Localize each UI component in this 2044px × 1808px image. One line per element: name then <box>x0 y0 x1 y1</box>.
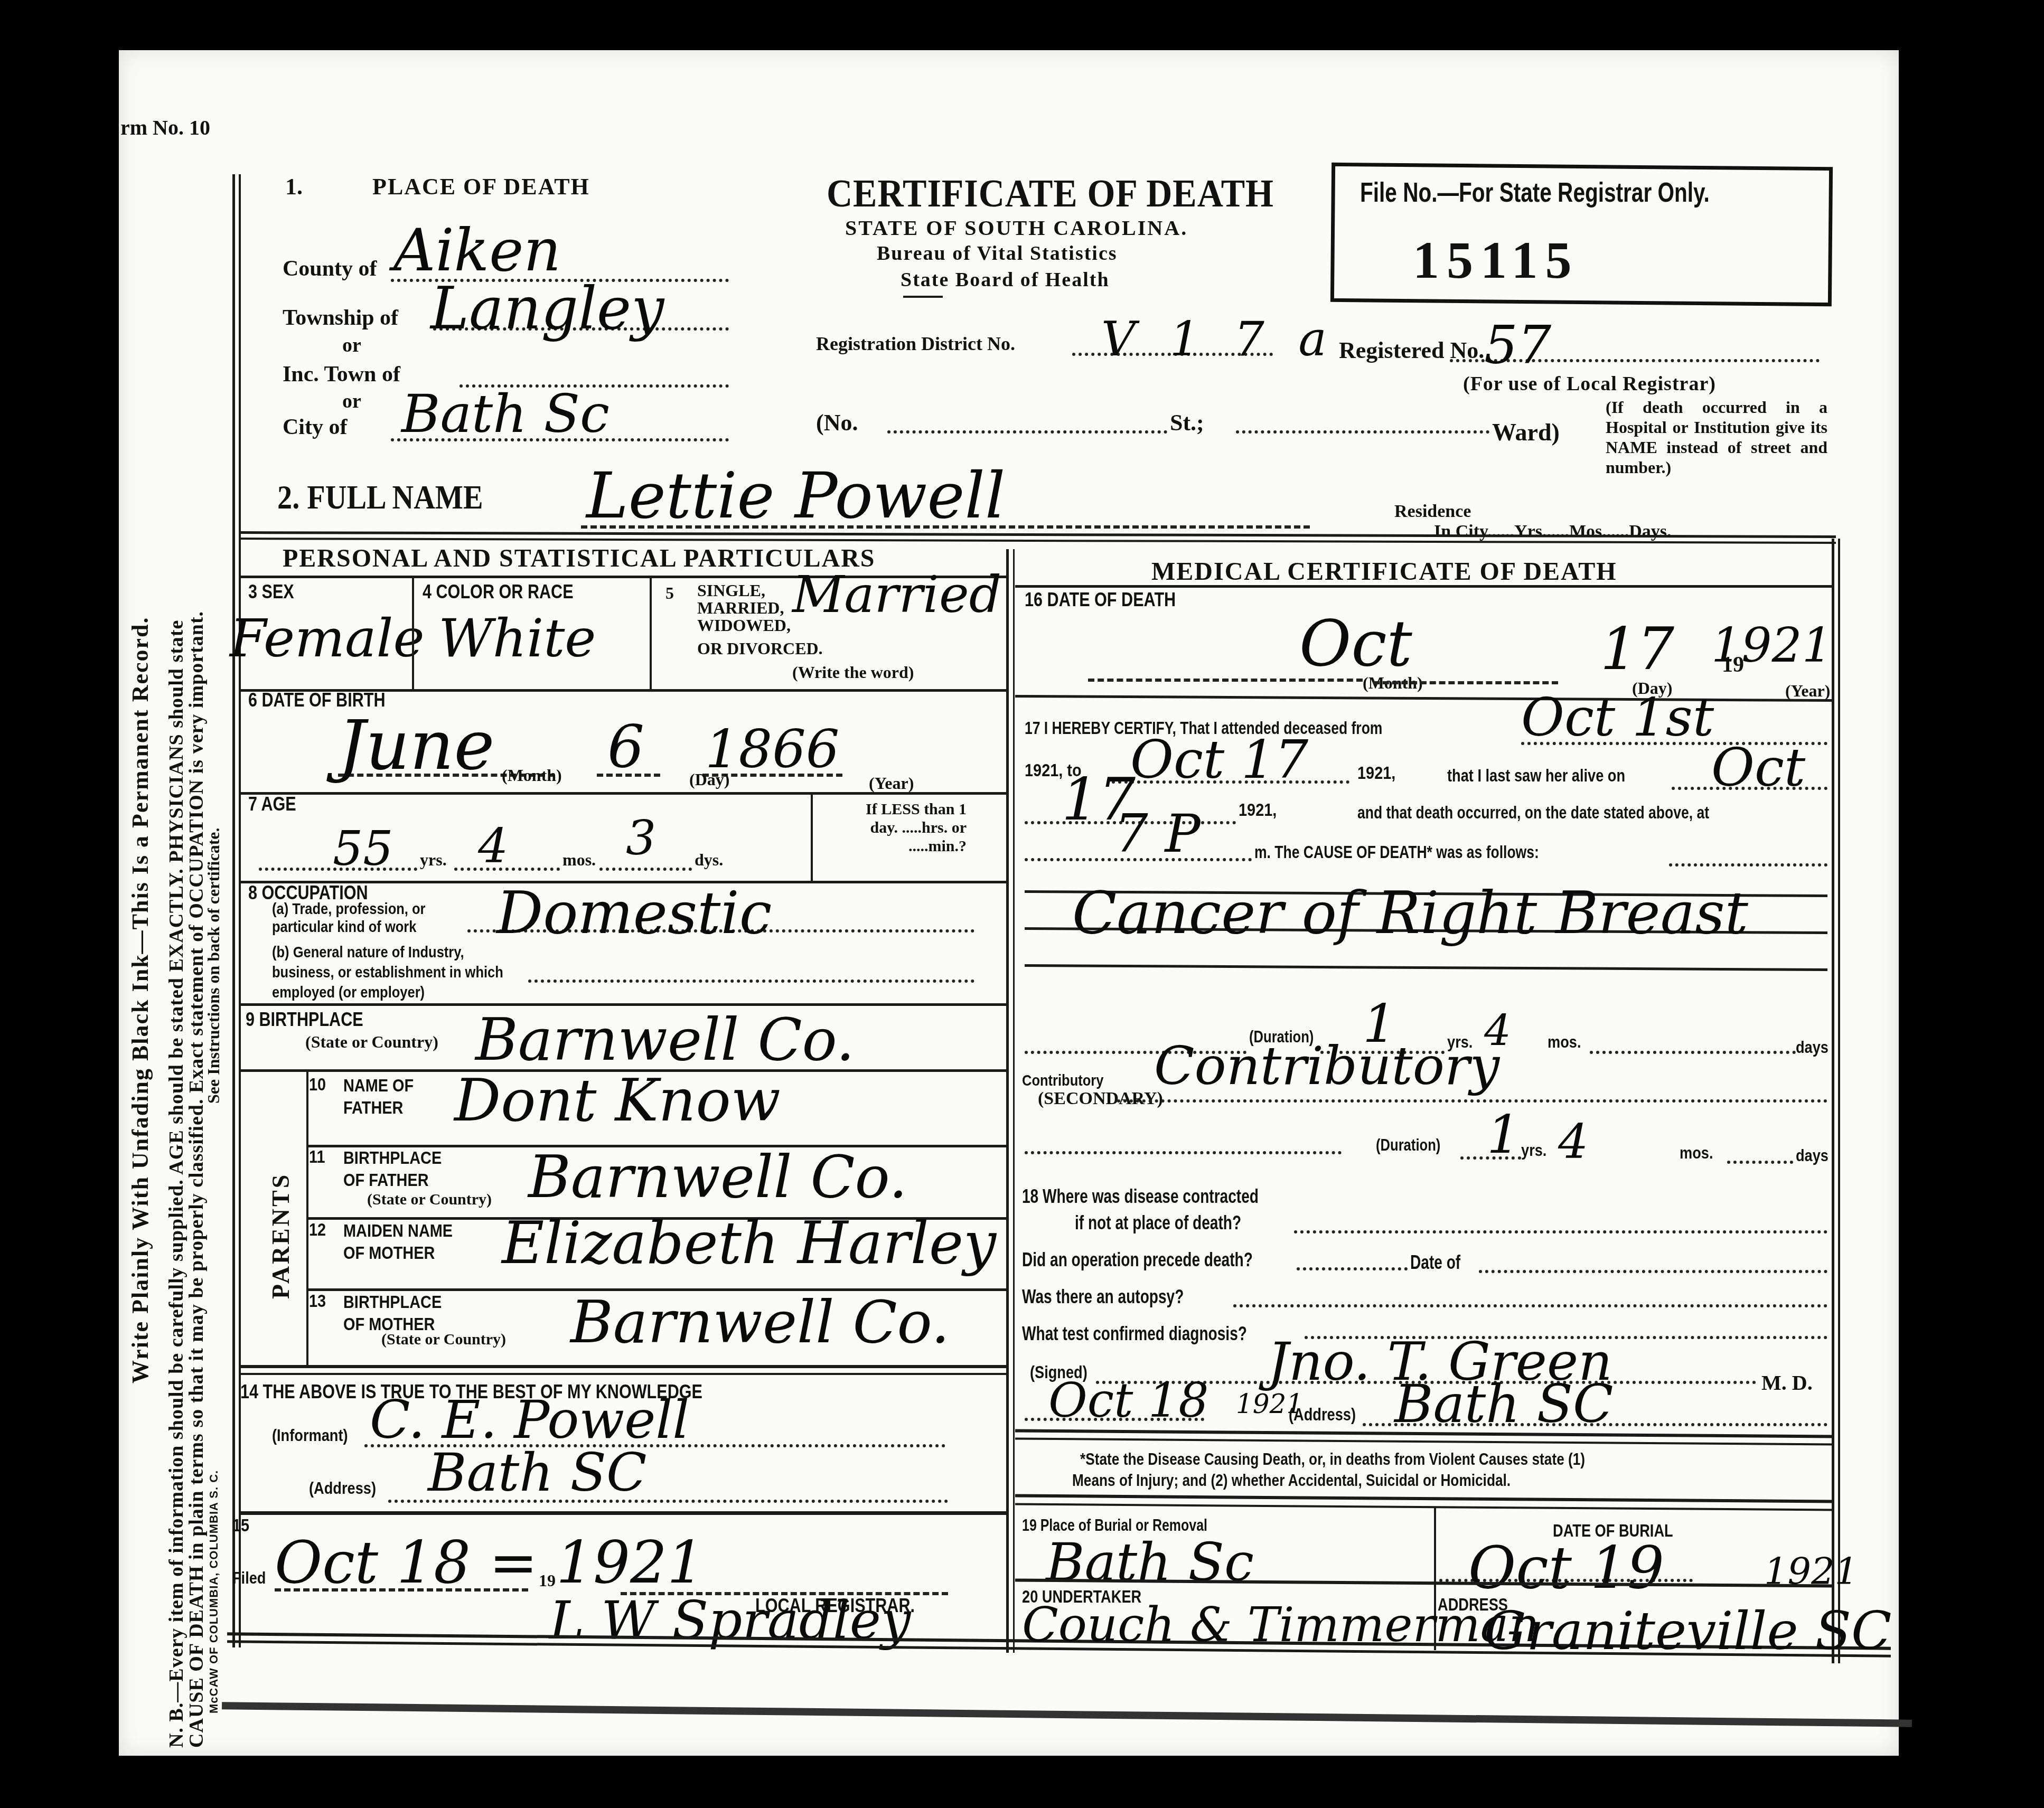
title-rule <box>903 296 943 298</box>
dob-month-value[interactable]: June <box>338 705 495 785</box>
signed-date-value[interactable]: Oct 18 <box>1048 1373 1209 1428</box>
sex-value[interactable]: Female <box>230 607 425 669</box>
mother-value[interactable]: Elizabeth Harley <box>502 1209 996 1277</box>
birthplace-value[interactable]: Barnwell Co. <box>475 1006 855 1073</box>
occupation-b-line[interactable] <box>528 980 974 983</box>
duration-1-mos: mos. <box>1548 1032 1581 1052</box>
or-label-1: or <box>342 334 361 357</box>
column-divider-inner <box>1013 549 1015 1653</box>
mother-bp-label: BIRTHPLACE OF MOTHER <box>343 1291 447 1335</box>
marital-number: 5 <box>665 583 674 603</box>
street-no-label: (No. <box>816 409 858 436</box>
mother-number: 12 <box>309 1220 326 1240</box>
physician-address-value[interactable]: Bath SC <box>1394 1373 1614 1435</box>
place-of-death-heading: PLACE OF DEATH <box>372 173 590 200</box>
mother-bp-sub: (State or Country) <box>381 1331 506 1349</box>
ward-label: Ward) <box>1492 418 1560 446</box>
bureau-name: Bureau of Vital Statistics <box>877 242 1118 265</box>
occupation-b-label: (b) General nature of Industry, business… <box>272 943 523 1003</box>
right-border <box>1832 539 1834 1663</box>
age-mos-label: mos. <box>562 850 596 870</box>
board-name: State Board of Health <box>901 268 1110 291</box>
margin-nb-line3: See Instructions on back of certificate. <box>204 827 223 1104</box>
father-bp-number: 11 <box>309 1147 325 1167</box>
duration-2-days: days <box>1796 1146 1829 1165</box>
dod-year-value[interactable]: 1921 <box>1711 618 1832 673</box>
right-border-inner <box>1838 539 1840 1663</box>
informant-rule <box>241 1511 1007 1515</box>
dob-month-caption: (Month) <box>502 766 562 785</box>
medical-rule <box>1015 585 1834 588</box>
registered-no-value[interactable]: 57 <box>1484 314 1551 376</box>
street-no-line[interactable] <box>887 430 1167 434</box>
township-value[interactable]: Langley <box>430 275 664 342</box>
street-label: St.; <box>1170 409 1204 436</box>
dod-day-line <box>1373 681 1558 684</box>
cause-text: m. The CAUSE OF DEATH* was as follows: <box>1254 842 1539 863</box>
race-divider <box>650 578 652 689</box>
last-saw-value[interactable]: Oct <box>1711 737 1805 798</box>
occurred-text: and that death occurred, on the date sta… <box>1357 803 1709 823</box>
hospital-note: (If death occurred in a Hospital or Inst… <box>1606 397 1827 477</box>
footnote-line-2: Means of Injury; and (2) whether Acciden… <box>1072 1471 1511 1490</box>
duration-2-label: (Duration) <box>1376 1135 1440 1155</box>
filed-number: 15 <box>232 1515 249 1536</box>
father-label: NAME OF FATHER <box>343 1075 433 1119</box>
column-divider <box>1006 549 1009 1653</box>
city-value[interactable]: Bath Sc <box>401 383 610 445</box>
registration-district-value[interactable]: V 1 7 a <box>1101 312 1336 367</box>
mother-bp-value[interactable]: Barnwell Co. <box>570 1288 950 1356</box>
file-number-value: 15115 <box>1413 230 1579 290</box>
certify-year-2: 1921, <box>1357 763 1395 784</box>
county-label: County of <box>283 256 377 281</box>
race-label: 4 COLOR OR RACE <box>423 581 574 603</box>
full-name-label: 2. FULL NAME <box>277 478 483 517</box>
filed-label: Filed <box>232 1568 266 1588</box>
township-label: Township of <box>283 305 398 331</box>
cause-intro-line <box>1669 863 1827 867</box>
autopsy-label: Was there an autopsy? <box>1022 1286 1184 1308</box>
marital-value[interactable]: Married <box>792 565 1001 624</box>
residence-label: Residence <box>1394 502 1471 522</box>
md-label: M. D. <box>1761 1370 1813 1395</box>
county-value[interactable]: Aiken <box>393 216 561 284</box>
left-border-outer <box>232 174 235 1647</box>
attended-from-value[interactable]: Oct 1st <box>1521 686 1714 748</box>
parents-rule-2 <box>241 1373 1007 1375</box>
medical-heading: MEDICAL CERTIFICATE OF DEATH <box>1151 557 1617 586</box>
dod-label: 16 DATE OF DEATH <box>1025 589 1176 611</box>
or-label-2: or <box>342 390 361 413</box>
cause-of-death-value[interactable]: Cancer of Right Breast <box>1072 879 1748 947</box>
dob-rule <box>241 792 1007 795</box>
margin-write-plainly: Write Plainly With Unfading Black Ink—Th… <box>127 616 154 1383</box>
q18-label: 18 Where was disease contracted <box>1022 1185 1259 1208</box>
state-name: STATE OF SOUTH CAROLINA. <box>845 215 1188 240</box>
sex-divider <box>412 578 414 689</box>
local-registrar-note: (For use of Local Registrar) <box>1463 372 1716 395</box>
mother-bp-number: 13 <box>309 1291 326 1312</box>
duration-1-days-line <box>1590 1051 1796 1054</box>
age-yrs-label: yrs. <box>420 850 447 870</box>
father-number: 10 <box>309 1075 326 1095</box>
inc-town-label: Inc. Town of <box>283 362 400 387</box>
father-value[interactable]: Dont Know <box>454 1067 781 1134</box>
test-label: What test confirmed diagnosis? <box>1022 1323 1247 1345</box>
q18-line[interactable] <box>1294 1230 1827 1233</box>
section-1-number: 1. <box>285 173 303 200</box>
occupation-a-value[interactable]: Domestic <box>496 879 772 947</box>
age-years-value[interactable]: 55 <box>333 821 393 877</box>
duration-1-days: days <box>1796 1038 1829 1057</box>
q18-sub: if not at place of death? <box>1075 1212 1241 1234</box>
duration-2-mos: mos. <box>1680 1143 1713 1163</box>
sex-label: 3 SEX <box>248 581 294 603</box>
operation-line[interactable] <box>1297 1267 1408 1270</box>
contributory-line <box>1117 1099 1827 1103</box>
margin-printer: McCAW OF COLUMBIA, COLUMBIA S. C. <box>207 1470 221 1713</box>
dob-day-caption: (Day) <box>689 770 729 789</box>
age-dys-label: dys. <box>695 850 723 870</box>
dob-year-caption: (Year) <box>869 774 914 793</box>
form-number: rm No. 10 <box>120 115 210 140</box>
autopsy-line[interactable] <box>1233 1304 1827 1307</box>
burial-place-value[interactable]: Bath Sc <box>1046 1531 1254 1593</box>
secondary-label: (SECONDARY) <box>1038 1089 1163 1109</box>
attended-to-value[interactable]: Oct 17 <box>1130 729 1308 790</box>
father-bp-label: BIRTHPLACE OF FATHER <box>343 1147 447 1191</box>
operation-date-line[interactable] <box>1479 1270 1827 1273</box>
left-border-inner <box>239 174 241 1647</box>
filed-value[interactable]: Oct 18 = 1921 <box>275 1529 704 1596</box>
age-days-value[interactable]: 3 <box>626 811 656 866</box>
city-label: City of <box>283 415 347 440</box>
local-registrar-signature[interactable]: L W Spradley <box>549 1589 911 1651</box>
informant-label: (Informant) <box>272 1426 348 1445</box>
age-divider <box>811 795 813 882</box>
duration-2-days-line <box>1727 1161 1793 1164</box>
duration-2-yrs: yrs. <box>1521 1141 1546 1160</box>
physician-address-label: (Address) <box>1289 1405 1356 1425</box>
burial-date-value[interactable]: Oct 19 <box>1468 1534 1664 1602</box>
registration-district-label: Registration District No. <box>816 333 1015 355</box>
parents-rule-1 <box>241 1365 1007 1368</box>
duration-2-prefix-line <box>1025 1151 1342 1154</box>
birthplace-label: 9 BIRTHPLACE <box>246 1009 363 1031</box>
dod-month-value[interactable]: Oct <box>1299 607 1412 681</box>
father-bp-sub: (State or Country) <box>367 1191 492 1209</box>
footnote-line-1: *State the Disease Causing Death, or, in… <box>1080 1449 1585 1469</box>
age-days-line <box>599 868 692 871</box>
operation-label: Did an operation precede death? <box>1022 1249 1253 1271</box>
less-than-day: If LESS than 1 day. .....hrs. or .....mi… <box>835 800 967 855</box>
certificate-title: CERTIFICATE OF DEATH <box>827 172 1274 216</box>
age-label: 7 AGE <box>248 793 296 815</box>
father-bp-value[interactable]: Barnwell Co. <box>528 1143 907 1211</box>
margin-nb-line2: CAUSE OF DEATH in plain terms so that it… <box>185 611 208 1748</box>
marital-hint: (Write the word) <box>792 663 914 682</box>
marital-single: SINGLE, <box>697 581 765 600</box>
residence-line[interactable]: In City......Yrs......Mos......Days. <box>1434 522 1672 542</box>
marital-married: MARRIED, <box>697 598 784 618</box>
parents-label: PARENTS <box>267 1173 295 1299</box>
marital-widowed: WIDOWED, <box>697 616 791 635</box>
time-of-death-value[interactable]: 7 P <box>1114 803 1201 864</box>
mother-label: MAIDEN NAME OF MOTHER <box>343 1220 460 1264</box>
contributory-label: Contributory <box>1022 1072 1103 1090</box>
duration-2-years[interactable]: 1 <box>1487 1104 1521 1165</box>
ward-line[interactable] <box>1236 430 1489 434</box>
birthplace-sub: (State or Country) <box>305 1032 438 1052</box>
marital-divorced: OR DIVORCED. <box>697 639 823 658</box>
race-value[interactable]: White <box>438 607 596 669</box>
file-number-label: File No.—For State Registrar Only. <box>1360 177 1710 209</box>
full-name-value[interactable]: Lettie Powell <box>586 459 1005 533</box>
dod-day-value[interactable]: 17 <box>1600 615 1674 683</box>
informant-address-value[interactable]: Bath SC <box>428 1442 647 1503</box>
informant-address-label: (Address) <box>309 1479 376 1498</box>
contributory-value[interactable]: Contributory <box>1154 1035 1499 1097</box>
duration-2-months[interactable]: 4 <box>1558 1114 1588 1170</box>
age-months-value[interactable]: 4 <box>478 818 508 874</box>
certify-year-3: 1921, <box>1239 800 1277 821</box>
occupation-a-label: (a) Trade, profession, or particular kin… <box>272 900 452 936</box>
dod-year-caption: (Year) <box>1785 681 1830 701</box>
filed-year-prefix: 19 <box>539 1571 556 1590</box>
undertaker-address-value[interactable]: Graniteville SC <box>1484 1600 1891 1662</box>
dob-day-value[interactable]: 6 <box>607 713 644 780</box>
personal-heading: PERSONAL AND STATISTICAL PARTICULARS <box>283 544 876 573</box>
last-saw-text: that I last saw her alive on <box>1447 766 1625 786</box>
operation-date-label: Date of <box>1410 1251 1460 1274</box>
